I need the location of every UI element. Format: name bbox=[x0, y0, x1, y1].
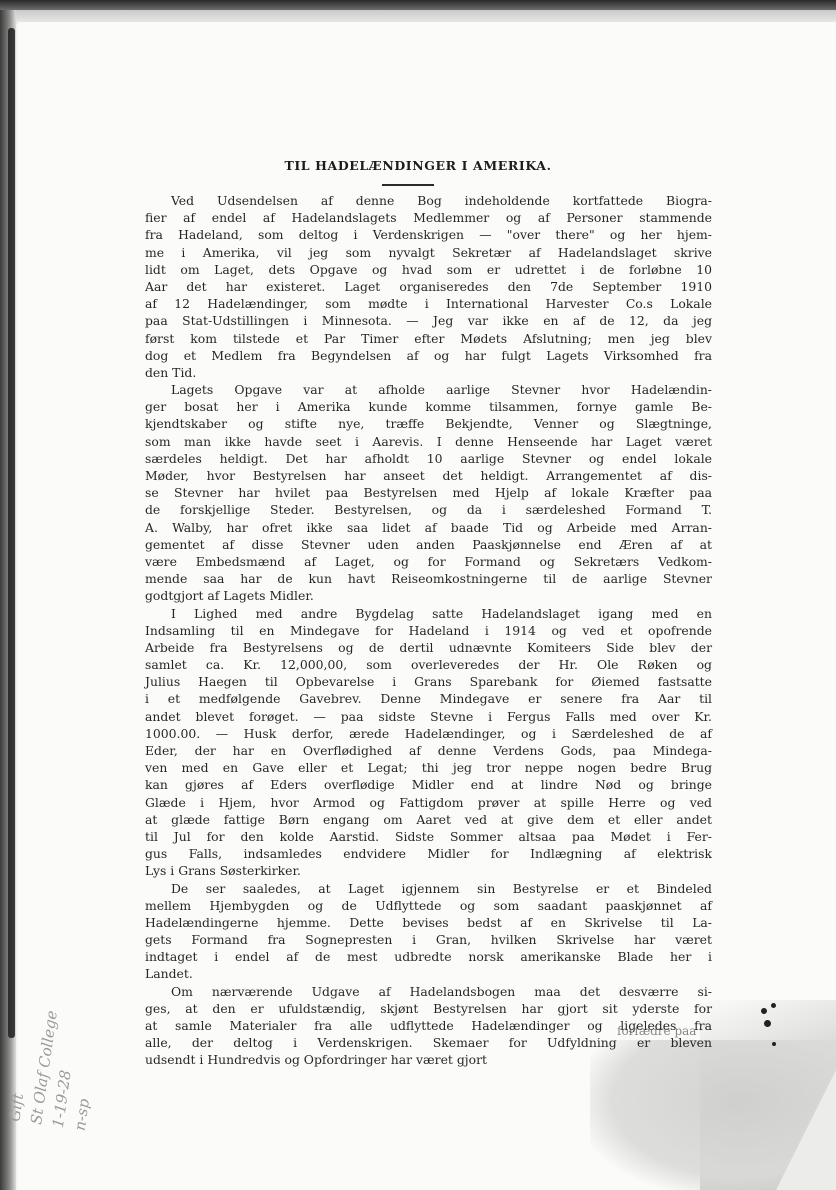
overprint-text: forfædre paa bbox=[617, 1024, 696, 1038]
text-line: Lys i Grans Søsterkirker. bbox=[145, 862, 712, 879]
text-line: me i Amerika, vil jeg som nyvalgt Sekret… bbox=[145, 244, 712, 261]
body-text: Ved Udsendelsen af denne Bog indeholdend… bbox=[145, 192, 712, 1069]
text-line: Møder, hvor Bestyrelsen har anseet det h… bbox=[145, 467, 712, 484]
text-line: Aar det har existeret. Laget organisered… bbox=[145, 278, 712, 295]
text-line: Landet. bbox=[145, 965, 712, 982]
text-line: ger bosat her i Amerika kunde komme tils… bbox=[145, 398, 712, 415]
ink-spot bbox=[764, 1020, 771, 1027]
text-line: andet blevet forøget. — paa sidste Stevn… bbox=[145, 708, 712, 725]
text-line: af 12 Hadelændinger, som mødte i Interna… bbox=[145, 295, 712, 312]
ink-spot bbox=[771, 1003, 776, 1008]
text-line: at glæde fattige Børn engang om Aaret ve… bbox=[145, 811, 712, 828]
page-title: TIL HADELÆNDINGER I AMERIKA. bbox=[0, 158, 836, 173]
text-line: fier af endel af Hadelandslagets Medlemm… bbox=[145, 209, 712, 226]
text-line: A. Walby, har ofret ikke saa lidet af ba… bbox=[145, 519, 712, 536]
text-line: se Stevner har hvilet paa Bestyrelsen me… bbox=[145, 484, 712, 501]
text-line: Ved Udsendelsen af denne Bog indeholdend… bbox=[145, 192, 712, 209]
text-line: gementet af disse Stevner uden anden Paa… bbox=[145, 536, 712, 553]
text-line: dog et Medlem fra Begyndelsen af og har … bbox=[145, 347, 712, 364]
text-line: til Jul for den kolde Aarstid. Sidste So… bbox=[145, 828, 712, 845]
paragraph: Ved Udsendelsen af denne Bog indeholdend… bbox=[145, 192, 712, 381]
text-line: særdeles heldigt. Det har afholdt 10 aar… bbox=[145, 450, 712, 467]
text-line: ven med en Gave eller et Legat; thi jeg … bbox=[145, 759, 712, 776]
text-line: som man ikke havde seet i Aarevis. I den… bbox=[145, 433, 712, 450]
text-line: De ser saaledes, at Laget igjennem sin B… bbox=[145, 880, 712, 897]
text-line: i et medfølgende Gavebrev. Denne Mindega… bbox=[145, 690, 712, 707]
text-line: Om nærværende Udgave af Hadelandsbogen m… bbox=[145, 983, 712, 1000]
paragraph: De ser saaledes, at Laget igjennem sin B… bbox=[145, 880, 712, 983]
text-line: Indsamling til en Mindegave for Hadeland… bbox=[145, 622, 712, 639]
text-line: Julius Haegen til Opbevarelse i Grans Sp… bbox=[145, 673, 712, 690]
text-line: Eder, der har en Overflødighed af denne … bbox=[145, 742, 712, 759]
text-line: være Embedsmænd af Laget, og for Formand… bbox=[145, 553, 712, 570]
scan-top-edge bbox=[0, 0, 836, 10]
text-line: de forskjellige Steder. Bestyrelsen, og … bbox=[145, 501, 712, 518]
text-line: gets Formand fra Sognepresten i Gran, hv… bbox=[145, 931, 712, 948]
text-line: gus Falls, indsamledes endvidere Midler … bbox=[145, 845, 712, 862]
text-line: lidt om Laget, dets Opgave og hvad som e… bbox=[145, 261, 712, 278]
ink-spot bbox=[761, 1008, 767, 1014]
text-line: 1000.00. — Husk derfor, ærede Hadelændin… bbox=[145, 725, 712, 742]
text-line: Hadelændingerne hjemme. Dette bevises be… bbox=[145, 914, 712, 931]
text-line: paa Stat-Udstillingen i Minnesota. — Jeg… bbox=[145, 312, 712, 329]
text-line: Lagets Opgave var at afholde aarlige Ste… bbox=[145, 381, 712, 398]
title-divider bbox=[382, 184, 434, 186]
binding-shadow bbox=[8, 28, 15, 1038]
text-line: mellem Hjembygden og de Udflyttede og so… bbox=[145, 897, 712, 914]
text-line: fra Hadeland, som deltog i Verdenskrigen… bbox=[145, 226, 712, 243]
text-line: den Tid. bbox=[145, 364, 712, 381]
text-line: Glæde i Hjem, hvor Armod og Fattigdom pr… bbox=[145, 794, 712, 811]
page-corner-fold bbox=[776, 1070, 836, 1190]
paragraph: Lagets Opgave var at afholde aarlige Ste… bbox=[145, 381, 712, 604]
paragraph: I Lighed med andre Bygdelag satte Hadela… bbox=[145, 605, 712, 880]
text-line: godtgjort af Lagets Midler. bbox=[145, 587, 712, 604]
text-line: ges, at den er ufuldstændig, skjønt Best… bbox=[145, 1000, 712, 1017]
text-line: mende saa har de kun havt Reiseomkostnin… bbox=[145, 570, 712, 587]
text-line: først kom tilstede et Par Timer efter Mø… bbox=[145, 330, 712, 347]
text-line: indtaget i endel af de mest udbredte nor… bbox=[145, 948, 712, 965]
text-line: kan gjøres af Eders overflødige Midler e… bbox=[145, 776, 712, 793]
text-line: udsendt i Hundredvis og Opfordringer har… bbox=[145, 1051, 712, 1068]
ink-spot bbox=[772, 1042, 776, 1046]
text-line: Arbeide fra Bestyrelsens og de dertil ud… bbox=[145, 639, 712, 656]
text-line: samlet ca. Kr. 12,000,00, som overlevere… bbox=[145, 656, 712, 673]
text-line: I Lighed med andre Bygdelag satte Hadela… bbox=[145, 605, 712, 622]
text-line: kjendtskaber og stifte nye, træffe Bekje… bbox=[145, 415, 712, 432]
